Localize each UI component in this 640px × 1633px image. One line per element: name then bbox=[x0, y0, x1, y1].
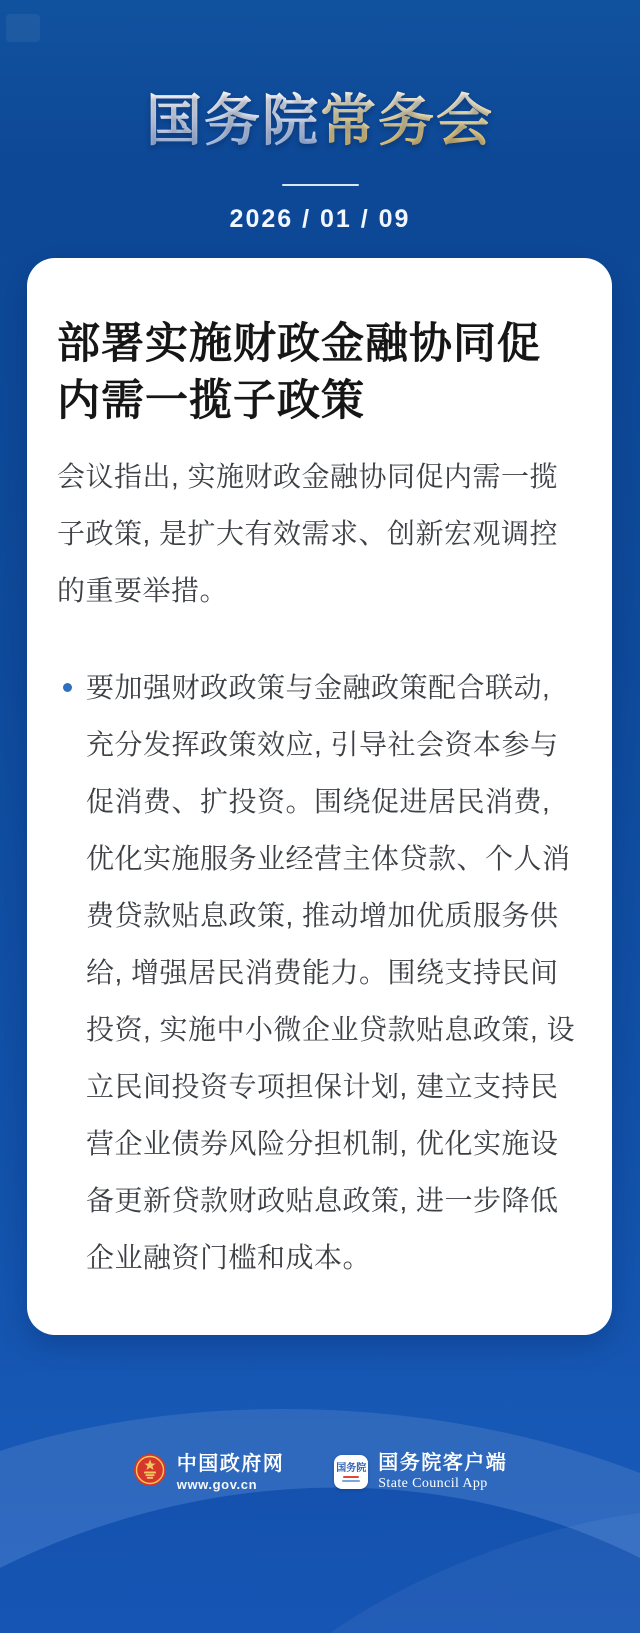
footer: 中国政府网 www.gov.cn 国务院 国务院客户端 State Counci… bbox=[0, 1452, 640, 1492]
title-divider bbox=[282, 184, 359, 186]
bullet-dot-icon bbox=[63, 683, 72, 692]
gov-website-url: www.gov.cn bbox=[177, 1477, 285, 1492]
state-council-app-icon: 国务院 bbox=[334, 1455, 368, 1489]
header: 国务院常务会 2026 / 01 / 09 bbox=[0, 0, 640, 234]
state-council-app-name: 国务院客户端 bbox=[378, 1452, 507, 1474]
gov-website-text: 中国政府网 www.gov.cn bbox=[177, 1453, 285, 1492]
title-part-executive-meeting: 常务会 bbox=[320, 89, 494, 152]
bullet-text: 要采取更多便利化措施, 切实推动政策落地见效, 增强群众和企业获得感。 bbox=[86, 1330, 582, 1335]
gov-website-brand: 中国政府网 www.gov.cn bbox=[133, 1453, 285, 1492]
state-council-app-text: 国务院客户端 State Council App bbox=[378, 1452, 507, 1492]
bullet-text: 要加强财政政策与金融政策配合联动, 充分发挥政策效应, 引导社会资本参与促消费、… bbox=[86, 659, 582, 1286]
content-card: 部署实施财政金融协同促内需一揽子政策 会议指出, 实施财政金融协同促内需一揽子政… bbox=[27, 258, 612, 1335]
bullet-item: 要采取更多便利化措施, 切实推动政策落地见效, 增强群众和企业获得感。 bbox=[57, 1330, 582, 1335]
meeting-date: 2026 / 01 / 09 bbox=[0, 205, 640, 234]
app-icon-label: 国务院 bbox=[336, 1463, 366, 1474]
intro-paragraph: 会议指出, 实施财政金融协同促内需一揽子政策, 是扩大有效需求、创新宏观调控的重… bbox=[57, 448, 582, 619]
state-council-app-brand: 国务院 国务院客户端 State Council App bbox=[334, 1452, 507, 1492]
gov-website-name: 中国政府网 bbox=[177, 1453, 285, 1475]
title-part-state-council: 国务院 bbox=[146, 89, 320, 152]
national-emblem-icon bbox=[133, 1453, 167, 1492]
bullet-item: 要加强财政政策与金融政策配合联动, 充分发挥政策效应, 引导社会资本参与促消费、… bbox=[57, 659, 582, 1286]
state-council-app-subtitle: State Council App bbox=[378, 1476, 507, 1492]
app-icon-blue-line bbox=[342, 1480, 360, 1482]
app-icon-red-line bbox=[343, 1476, 359, 1478]
state-council-meeting-poster: 国务院常务会 2026 / 01 / 09 部署实施财政金融协同促内需一揽子政策… bbox=[0, 0, 640, 1633]
card-heading: 部署实施财政金融协同促内需一揽子政策 bbox=[57, 316, 582, 430]
page-title: 国务院常务会 bbox=[0, 88, 640, 154]
